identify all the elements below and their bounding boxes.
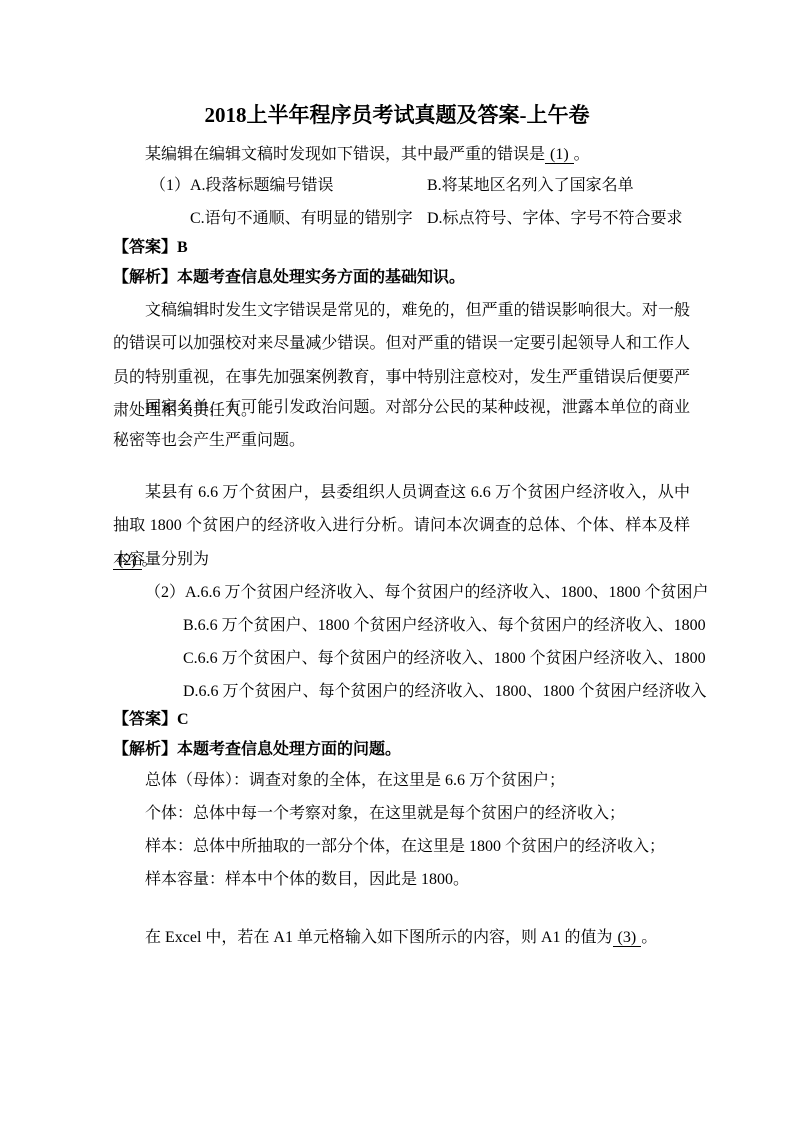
q2-analysis: 【解析】本题考查信息处理方面的问题。 [113,733,401,766]
q1-option-c: C.语句不通顺、有明显的错别字 [190,202,413,235]
q1-stem: 某编辑在编辑文稿时发现如下错误，其中最严重的错误是(1)。 [113,138,690,171]
document-page: 2018上半年程序员考试真题及答案-上午卷 某编辑在编辑文稿时发现如下错误，其中… [0,0,794,1123]
q1-option-d: D.标点符号、字体、字号不符合要求 [427,202,683,235]
q1-option-a: （1）A.段落标题编号错误 [150,169,334,202]
q2-blank-end: 。 [142,552,158,569]
q3-stem-text: 在 Excel 中，若在 A1 单元格输入如下图所示的内容，则 A1 的值为 [145,929,613,946]
q1-stem-text: 某编辑在编辑文稿时发现如下错误，其中最严重的错误是 [145,146,545,163]
q1-option-b: B.将某地区名列入了国家名单 [427,169,634,202]
q3-stem-end: 。 [641,929,657,946]
q2-option-d: D.6.6 万个贫困户、每个贫困户的经济收入、1800、1800 个贫困户经济收… [183,675,707,708]
q3-stem: 在 Excel 中，若在 A1 单元格输入如下图所示的内容，则 A1 的值为(3… [113,921,690,954]
q2-term-sample-size: 样本容量：样本中个体的数目，因此是 1800。 [145,863,469,896]
q2-blank-line: (2)。 [113,544,158,577]
q1-answer: 【答案】B [113,231,188,264]
q2-term-individual: 个体：总体中每一个考察对象，在这里就是每个贫困户的经济收入； [145,797,625,830]
q1-analysis: 【解析】本题考查信息处理实务方面的基础知识。 [113,261,465,294]
q2-stem: 某县有 6.6 万个贫困户，县委组织人员调查这 6.6 万个贫困户经济收入，从中… [113,476,690,576]
q3-blank: (3) [613,929,642,947]
q1-blank: (1) [545,146,574,164]
q2-blank: (2) [113,552,142,570]
q2-answer: 【答案】C [113,703,189,736]
q2-option-b: B.6.6 万个贫困户、1800 个贫困户经济收入、每个贫困户的经济收入、180… [183,609,706,642]
q2-term-population: 总体（母体）：调查对象的全体，在这里是 6.6 万个贫困户； [145,764,565,797]
page-title: 2018上半年程序员考试真题及答案-上午卷 [0,100,794,130]
q1-explanation-para2: 国家名单，有可能引发政治问题。对部分公民的某种歧视，泄露本单位的商业秘密等也会产… [113,391,690,458]
q1-stem-end: 。 [574,146,590,163]
q2-option-c: C.6.6 万个贫困户、每个贫困户的经济收入、1800 个贫困户经济收入、180… [183,642,706,675]
q2-option-a: （2）A.6.6 万个贫困户经济收入、每个贫困户的经济收入、1800、1800 … [145,576,709,609]
q2-term-sample: 样本：总体中所抽取的一部分个体，在这里是 1800 个贫困户的经济收入； [145,830,665,863]
